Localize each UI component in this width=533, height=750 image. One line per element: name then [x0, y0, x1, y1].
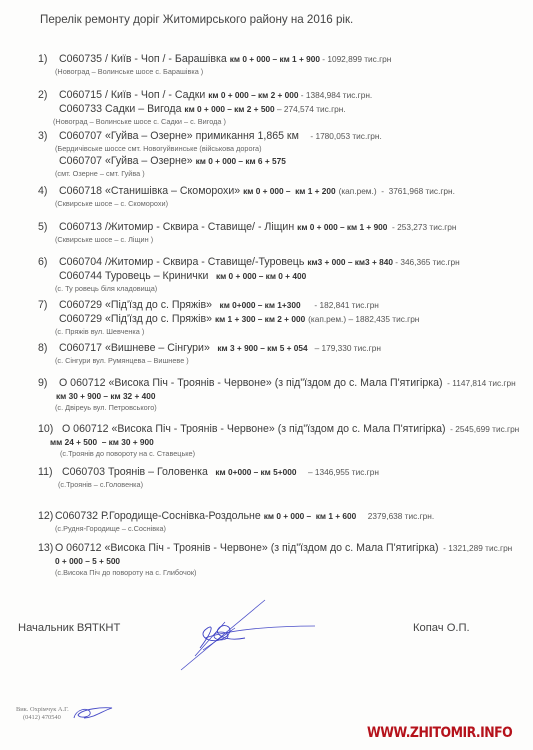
road-note: (смт. Озерне – смт. Гуйва ): [38, 168, 528, 179]
road-name: О 060712 «Висока Піч - Троянів - Червоне…: [59, 377, 443, 389]
list-item: 1)С060735 / Київ - Чоп / - Барашівка км …: [38, 52, 528, 77]
road-km: км 0 + 000 – км 0 + 400: [211, 271, 306, 281]
road-km: км 1 + 300 – км 2 + 000: [215, 314, 305, 324]
road-km: км 0 + 000 – км 1 + 900: [230, 54, 320, 64]
road-cost: - 1384,984 тис.грн.: [299, 90, 373, 100]
item-number: 7): [38, 298, 59, 312]
document-title: Перелік ремонту доріг Житомирського райо…: [40, 13, 353, 26]
road-note: (с. Двіреуь вул. Петровського): [38, 402, 528, 413]
road-name: С060717 «Вишневе – Сінгури»: [59, 342, 210, 354]
road-km: км 3 + 900 – км 5 + 054: [213, 343, 308, 353]
item-number: 12): [38, 509, 55, 523]
road-km: мм 24 + 500 – км 30 + 900: [38, 436, 528, 448]
item-number: 4): [38, 184, 59, 198]
road-name: С060715 / Київ - Чоп / - Садки: [59, 89, 205, 101]
road-km: км3 + 000 – км3 + 840: [307, 257, 393, 267]
road-name: С060703 Троянів – Головенка: [62, 466, 208, 478]
road-note: (с. Пряжів вул. Шевченка ): [38, 326, 528, 337]
road-km: км 0 + 000 – км 2 + 000: [208, 90, 298, 100]
road-name: С060713 /Житомир - Сквира - Ставище/ - Л…: [59, 221, 294, 233]
road-cost: - 2545,699 тис.грн: [446, 424, 520, 434]
road-km: км 30 + 900 – км 32 + 400: [38, 390, 528, 402]
list-item: 4)С060718 «Станишівка – Скоморохи» км 0 …: [38, 184, 528, 209]
list-item: 12)С060732 Р.Городище-Соснівка-Роздольне…: [38, 509, 528, 534]
road-cost: - 3761,968 тис.грн.: [377, 186, 455, 196]
executor-signature-icon: [72, 705, 114, 721]
road-note: (с.Висока Піч до повороту на с. Глибочок…: [38, 567, 528, 578]
list-item: 6)С060704 /Житомир - Сквира - Ставище/-Т…: [38, 255, 528, 294]
road-note: (Сквирське шосе – с. Скоморохи): [38, 198, 528, 209]
list-item: 5)С060713 /Житомир - Сквира - Ставище/ -…: [38, 220, 528, 245]
road-cost: 2379,638 тис.грн.: [356, 511, 434, 521]
road-km: км 0 + 000 – км 1 + 600: [264, 511, 357, 521]
road-km: км 0+000 – км 1+300: [215, 300, 301, 310]
signatory-name: Копач О.П.: [413, 622, 470, 634]
item-number: 5): [38, 220, 59, 234]
item-number: 2): [38, 88, 59, 102]
watermark: WWW.ZHITOMIR.INFO: [367, 725, 512, 741]
road-km: км 0 + 000 – км 6 + 575: [196, 156, 286, 166]
list-item: 7)С060729 «Під'їзд до с. Пряжів» км 0+00…: [38, 298, 528, 337]
item-number: 9): [38, 376, 59, 390]
list-item: 2)С060715 / Київ - Чоп / - Садки км 0 + …: [38, 88, 528, 127]
road-cost: - 346,365 тис.грн: [393, 257, 460, 267]
item-number: 13): [38, 541, 55, 555]
road-name: С060707 «Гуйва – Озерне» примикання 1,86…: [59, 130, 299, 142]
road-note: (с.Рудня-Городище – с.Соснівка): [38, 523, 528, 534]
item-number: 1): [38, 52, 59, 66]
road-note: (Новоград – Волинське шосе с. Барашівка …: [38, 66, 528, 77]
road-cost: – 1346,955 тис.грн: [296, 467, 378, 477]
road-note: (с. Ту ровець біля кладовища): [38, 283, 528, 294]
road-note: (с.Троянів до повороту на с. Ставецьке): [38, 448, 528, 459]
road-cost: – 179,330 тис.грн: [308, 343, 381, 353]
road-km: км 0 + 000 – км 2 + 500: [184, 104, 274, 114]
road-km: 0 + 000 – 5 + 500: [38, 555, 528, 567]
road-note: (Новоград – Волинське шосе с. Садки – с.…: [38, 116, 528, 127]
road-cost: – 1882,435 тис.грн: [346, 314, 419, 324]
road-note: (Бердичівське шоссе смт. Новогуйвинське …: [38, 143, 528, 154]
road-name: С060733 Садки – Вигода: [59, 103, 181, 115]
road-name: С060707 «Гуйва – Озерне»: [59, 155, 193, 167]
road-km: км 0+000 – км 5+000: [211, 467, 297, 477]
road-km: км 0 + 000 – км 1 + 900: [297, 222, 387, 232]
road-km: км 0 + 000 – км 1 + 200: [243, 186, 336, 196]
road-name: С060718 «Станишівка – Скоморохи»: [59, 185, 240, 197]
road-cost: - 1092,899 тис.грн: [320, 54, 391, 64]
road-name: С060732 Р.Городище-Соснівка-Роздольне: [55, 510, 261, 522]
road-cost: - 1321,289 тис.грн: [439, 543, 513, 553]
list-item: 10)О 060712 «Висока Піч - Троянів - Черв…: [38, 422, 528, 459]
road-cost: - 253,273 тис.грн: [387, 222, 456, 232]
executor-info: Вик. Охрімчук А.Г. (0412) 470540: [16, 706, 69, 722]
signatory-position: Начальник ВЯТКНТ: [18, 622, 120, 634]
list-item: 3)С060707 «Гуйва – Озерне» примикання 1,…: [38, 129, 528, 179]
road-name: С060744 Туровець – Кринички: [59, 270, 208, 282]
list-item: 9)О 060712 «Висока Піч - Троянів - Черво…: [38, 376, 528, 413]
road-name: С060729 «Під'їзд до с. Пряжів»: [59, 313, 212, 325]
item-number: 10): [38, 422, 62, 436]
road-cost: - 1147,814 тис.грн: [443, 378, 516, 388]
road-note: (Сквирське шосе – с. Ліщин ): [38, 234, 528, 245]
road-cost: - 182,841 тис.грн: [301, 300, 379, 310]
repair-type: (кап.рем.): [308, 314, 346, 324]
executor-phone: (0412) 470540: [16, 714, 69, 722]
road-note: (с.Троянів – с.Головенка): [38, 479, 528, 490]
road-cost: - 1780,053 тис.грн.: [299, 131, 382, 141]
list-item: 8)С060717 «Вишневе – Сінгури» км 3 + 900…: [38, 341, 528, 366]
list-item: 11)С060703 Троянів – Головенка км 0+000 …: [38, 465, 528, 490]
item-number: 8): [38, 341, 59, 355]
road-name: С060704 /Житомир - Сквира - Ставище/-Тур…: [59, 256, 304, 268]
road-name: О 060712 «Висока Піч - Троянів - Червоне…: [55, 542, 439, 554]
item-number: 6): [38, 255, 59, 269]
signature-icon: [175, 598, 315, 678]
road-name: С060735 / Київ - Чоп / - Барашівка: [59, 53, 227, 65]
item-number: 3): [38, 129, 59, 143]
item-number: 11): [38, 465, 62, 479]
road-note: (с. Сінгури вул. Румянцева – Вишневе ): [38, 355, 528, 366]
repair-type: (кап.рем.): [339, 186, 377, 196]
road-name: О 060712 «Висока Піч - Троянів - Червоне…: [62, 423, 446, 435]
road-cost: – 274,574 тис.грн.: [275, 104, 346, 114]
executor-name: Вик. Охрімчук А.Г.: [16, 706, 69, 714]
list-item: 13)О 060712 «Висока Піч - Троянів - Черв…: [38, 541, 528, 578]
road-name: С060729 «Під'їзд до с. Пряжів»: [59, 299, 212, 311]
